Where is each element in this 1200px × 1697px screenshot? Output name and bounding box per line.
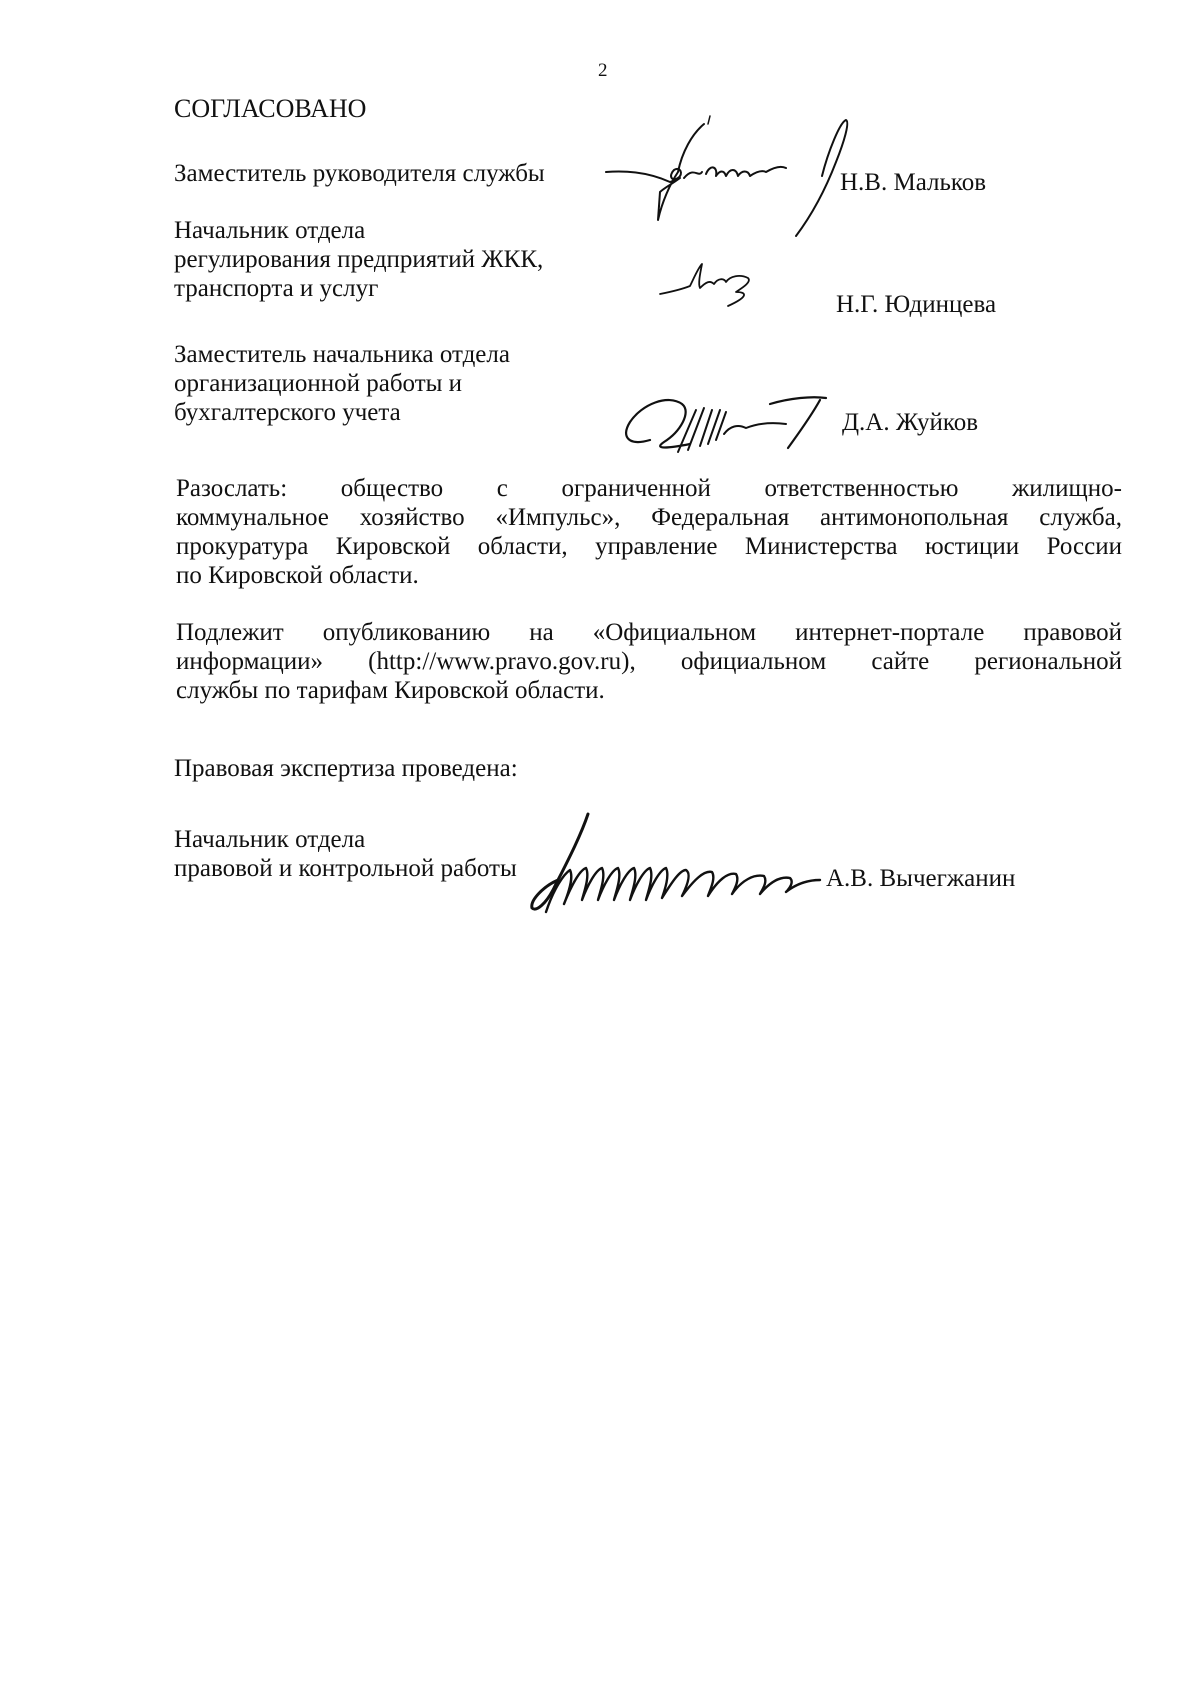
distribution-paragraph: Разослать: общество с ограниченной ответ… [176,474,1122,590]
approver-position-3-line-1: Заместитель начальника отдела [174,340,510,369]
legal-review-label: Правовая экспертиза проведена: [174,754,518,783]
legal-reviewer-name: А.В. Вычегжанин [826,864,1015,893]
legal-reviewer-position-line-2: правовой и контрольной работы [174,854,517,883]
approver-position-3-line-3: бухгалтерского учета [174,398,401,427]
signature-yudintseva [656,258,766,308]
approver-position-1: Заместитель руководителя службы [174,159,545,188]
publication-line-2: информации» (http://www.pravo.gov.ru), о… [176,647,1122,676]
approver-name-3: Д.А. Жуйков [842,408,978,437]
approver-position-2-line-2: регулирования предприятий ЖКК, [174,245,543,274]
publication-line-1: Подлежит опубликованию на «Официальном и… [176,618,1122,647]
distribution-line-3: прокуратура Кировской области, управлени… [176,532,1122,561]
page-number: 2 [598,56,608,85]
distribution-line-2: коммунальное хозяйство «Импульс», Федера… [176,503,1122,532]
signature-malkov [600,112,850,242]
publication-paragraph: Подлежит опубликованию на «Официальном и… [176,618,1122,705]
approver-name-2: Н.Г. Юдинцева [836,290,996,319]
legal-reviewer-position-line-1: Начальник отдела [174,825,365,854]
signature-zhuikov [620,390,830,462]
distribution-word: ограниченной [561,474,710,503]
publication-line-3: службы по тарифам Кировской области. [176,676,1122,705]
approver-position-3-line-2: организационной работы и [174,369,462,398]
distribution-word: Разослать: [176,474,287,503]
distribution-line-4: по Кировской области. [176,561,1122,590]
approver-position-2-line-3: транспорта и услуг [174,274,378,303]
distribution-line-1: Разослать: общество с ограниченной ответ… [176,474,1122,503]
approval-heading: СОГЛАСОВАНО [174,94,366,123]
distribution-word: с [497,474,508,503]
signature-vychegzhanin [524,808,854,918]
distribution-word: жилищно- [1012,474,1122,503]
distribution-word: общество [341,474,443,503]
approver-position-2-line-1: Начальник отдела [174,216,365,245]
approver-name-1: Н.В. Мальков [840,168,986,197]
distribution-word: ответственностью [765,474,959,503]
